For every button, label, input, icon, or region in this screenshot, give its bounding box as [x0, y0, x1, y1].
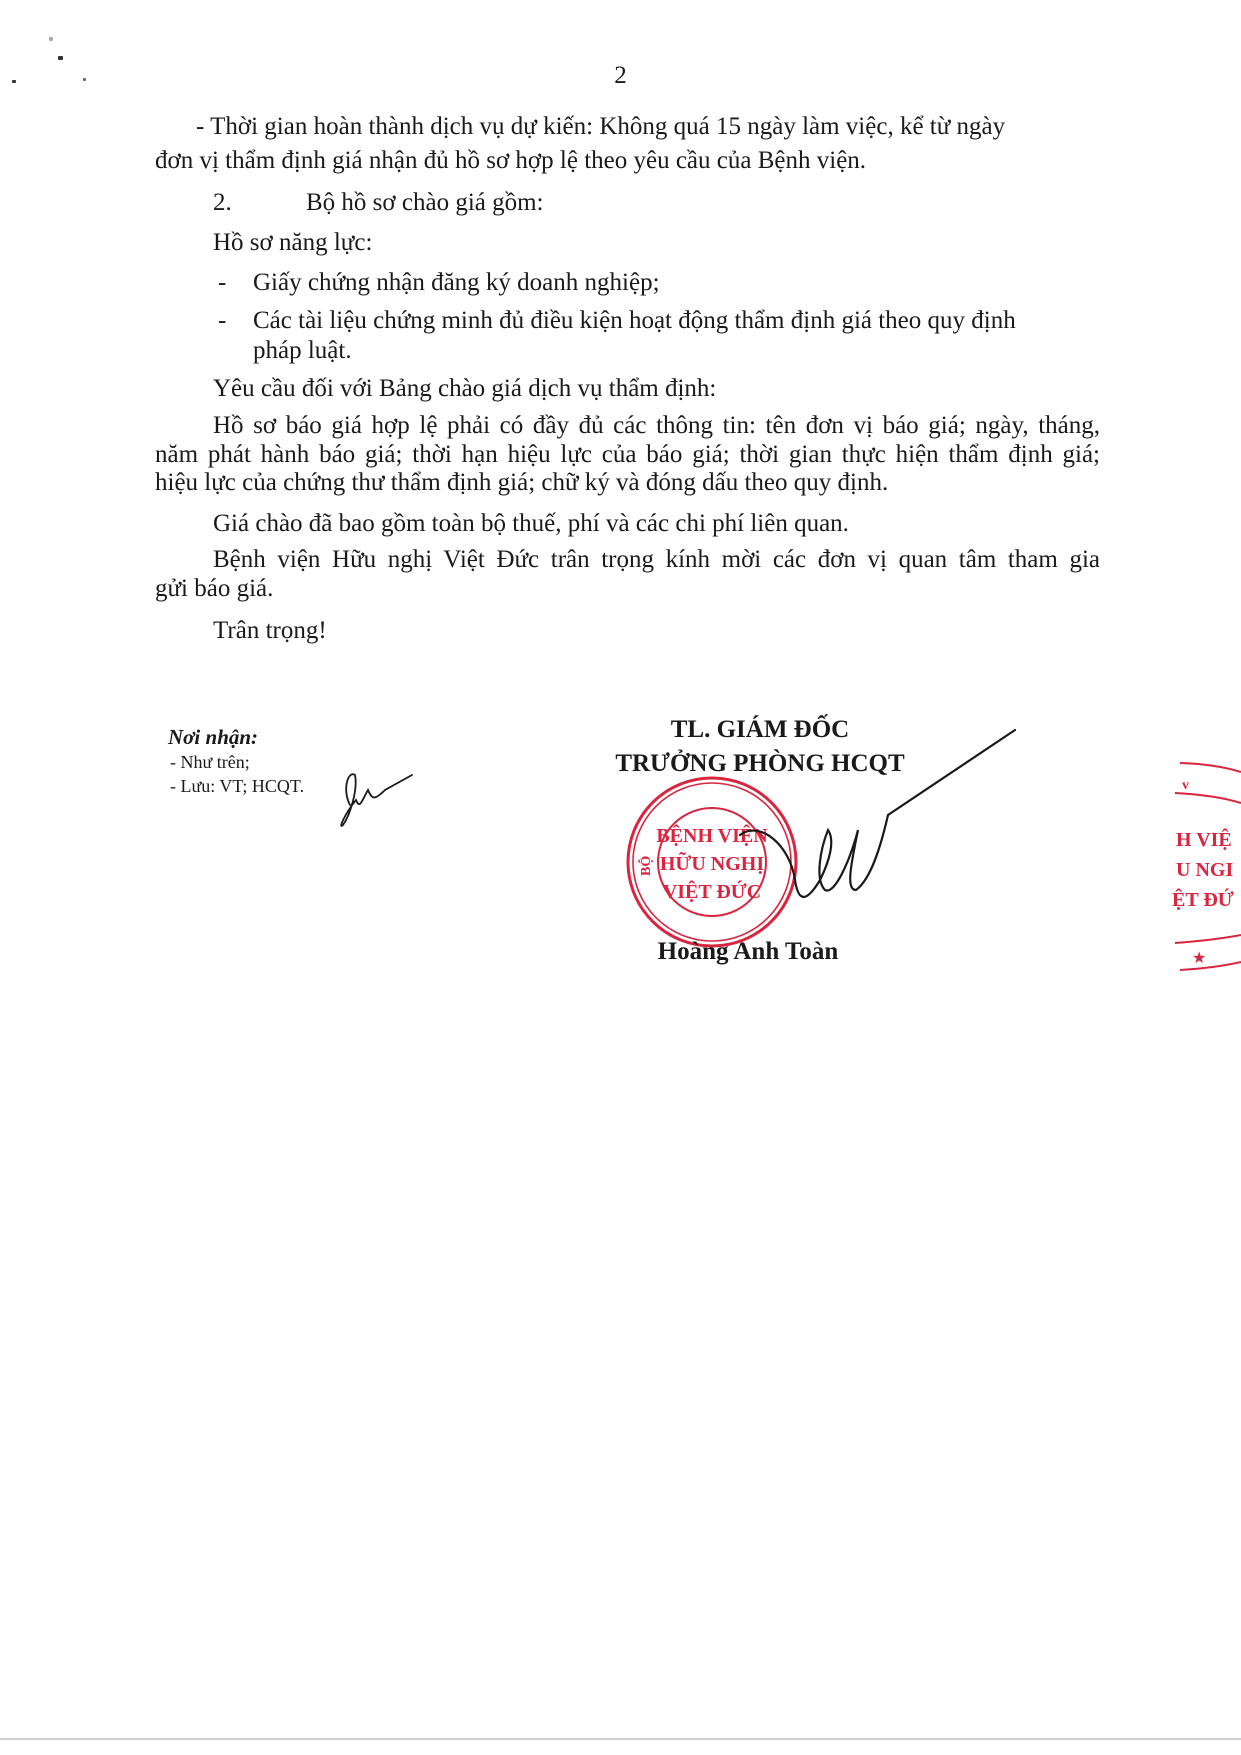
edge-stamp-line3: ỆT ĐỨ	[1172, 887, 1234, 911]
edge-stamp-line1: H VIỆ	[1176, 828, 1232, 851]
document-page: 2 - Thời gian hoàn thành dịch vụ dự kiến…	[0, 0, 1241, 1755]
star-icon: ★	[1192, 948, 1206, 967]
edge-stamp-mark: v	[1182, 778, 1189, 793]
edge-stamp-line2: U NGI	[1176, 859, 1233, 881]
edge-stamp: v H VIỆ U NGI ỆT ĐỨ ★	[0, 0, 1241, 1755]
scan-bottom-edge	[0, 1738, 1241, 1740]
